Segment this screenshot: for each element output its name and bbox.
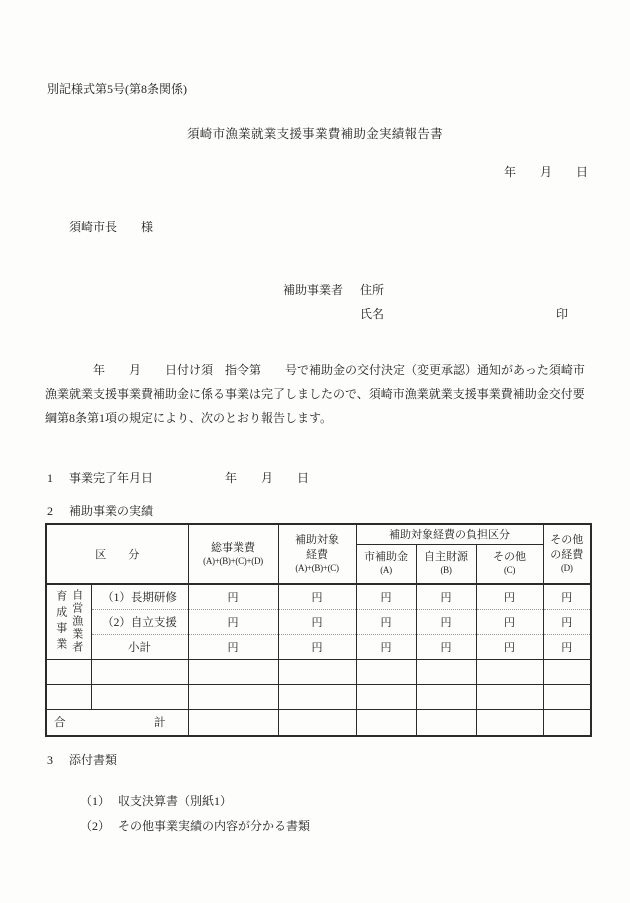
vertical-category-label: 自営漁業者 育成事業 xyxy=(46,584,91,659)
header-category: 区 分 xyxy=(46,524,188,584)
header-other-cost-formula: (D) xyxy=(544,563,591,575)
empty-cell xyxy=(416,659,476,684)
yen-cell: 円 xyxy=(476,634,543,659)
yen-cell: 円 xyxy=(476,609,543,634)
yen-cell: 円 xyxy=(476,584,543,609)
empty-cell xyxy=(543,684,591,709)
yen-cell: 円 xyxy=(356,634,416,659)
yen-cell: 円 xyxy=(278,634,356,659)
yen-cell: 円 xyxy=(416,609,476,634)
empty-cell xyxy=(278,709,356,736)
yen-cell: 円 xyxy=(278,609,356,634)
header-city-subsidy-label: 市補助金 xyxy=(357,550,416,565)
header-subsidy-target: 補助対象 経費 (A)+(B)+(C) xyxy=(278,524,356,584)
paragraph-line: 綱第8条第1項の規定により、次のとおり報告します。 xyxy=(45,406,595,430)
attachment-item: （2）その他事業実績の内容が分かる書類 xyxy=(62,803,310,850)
document-title: 須崎市漁業就業支援事業費補助金実績報告書 xyxy=(0,126,630,142)
yen-cell: 円 xyxy=(188,584,278,609)
yen-cell: 円 xyxy=(356,609,416,634)
empty-cell xyxy=(278,659,356,684)
yen-cell: 円 xyxy=(416,634,476,659)
addressee-line: 須崎市長様 xyxy=(57,204,153,251)
header-subsidy-label-2: 経費 xyxy=(279,548,356,563)
empty-cell xyxy=(476,684,543,709)
attachment-item-text: その他事業実績の内容が分かる書類 xyxy=(118,819,310,833)
empty-cell xyxy=(46,684,91,709)
header-other-burden-formula: (C) xyxy=(477,565,543,577)
empty-cell xyxy=(416,709,476,736)
empty-cell xyxy=(476,709,543,736)
section1-date-blank: 年 月 日 xyxy=(225,471,309,487)
results-table: 区 分 総事業費 (A)+(B)+(C)+(D) 補助対象 経費 (A)+(B)… xyxy=(45,523,592,737)
applicant-label: 補助事業者 xyxy=(283,283,343,299)
form-number: 別記様式第5号(第8条関係) xyxy=(47,82,187,98)
empty-row-label xyxy=(91,684,188,709)
header-other-cost-label-1: その他 xyxy=(544,533,591,548)
header-own-funds-label: 自主財源 xyxy=(417,550,476,565)
vertical-label-program: 育成事業 xyxy=(53,585,69,659)
empty-cell xyxy=(356,684,416,709)
empty-row-label xyxy=(91,659,188,684)
header-own-funds: 自主財源 (B) xyxy=(416,544,476,584)
empty-cell xyxy=(543,709,591,736)
empty-cell xyxy=(188,659,278,684)
grand-total-right-char: 計 xyxy=(154,714,166,730)
yen-cell: 円 xyxy=(543,634,591,659)
yen-cell: 円 xyxy=(188,634,278,659)
header-city-subsidy-formula: (A) xyxy=(357,565,416,577)
header-other-burden: その他 (C) xyxy=(476,544,543,584)
empty-cell xyxy=(188,684,278,709)
section3-number: 3 xyxy=(47,753,53,769)
section1-number: 1 xyxy=(47,471,53,487)
header-other-cost-label-2: の経費 xyxy=(544,548,591,563)
empty-cell xyxy=(356,709,416,736)
header-burden-group: 補助対象経費の負担区分 xyxy=(356,524,543,544)
paragraph-line: 漁業就業支援事業費補助金に係る事業は完了しましたので、須崎市漁業就業支援事業費補… xyxy=(45,382,595,406)
applicant-name-label: 氏名 xyxy=(360,307,384,323)
empty-cell xyxy=(543,659,591,684)
yen-cell: 円 xyxy=(356,584,416,609)
applicant-address-label: 住所 xyxy=(360,283,384,299)
yen-cell: 円 xyxy=(543,609,591,634)
row-label-independence-support: （2）自立支援 xyxy=(91,609,188,634)
yen-cell: 円 xyxy=(416,584,476,609)
row-label-grand-total: 合 計 xyxy=(46,709,188,736)
header-own-funds-formula: (B) xyxy=(417,565,476,577)
empty-cell xyxy=(278,684,356,709)
yen-cell: 円 xyxy=(188,609,278,634)
vertical-label-fisherman: 自営漁業者 xyxy=(69,585,85,659)
header-subsidy-formula: (A)+(B)+(C) xyxy=(279,563,356,575)
empty-cell xyxy=(476,659,543,684)
yen-cell: 円 xyxy=(543,584,591,609)
section1-label: 事業完了年月日 xyxy=(69,471,153,487)
document-page: 別記様式第5号(第8条関係) 須崎市漁業就業支援事業費補助金実績報告書 年 月 … xyxy=(0,0,630,903)
attachment-item-number: （2） xyxy=(80,819,110,833)
grand-total-left-char: 合 xyxy=(54,714,66,730)
header-city-subsidy: 市補助金 (A) xyxy=(356,544,416,584)
header-subsidy-label-1: 補助対象 xyxy=(279,533,356,548)
header-total-cost: 総事業費 (A)+(B)+(C)+(D) xyxy=(188,524,278,584)
yen-cell: 円 xyxy=(278,584,356,609)
header-other-burden-label: その他 xyxy=(477,550,543,565)
paragraph-line: 年 月 日付け須 指令第 号で補助金の交付決定（変更承認）通知があった須崎市 xyxy=(45,358,595,382)
row-label-subtotal: 小計 xyxy=(91,634,188,659)
addressee-name: 須崎市長 xyxy=(69,220,117,234)
row-label-long-term-training: （1）長期研修 xyxy=(91,584,188,609)
date-line: 年 月 日 xyxy=(504,165,588,181)
addressee-honorific: 様 xyxy=(141,220,153,234)
empty-cell xyxy=(416,684,476,709)
seal-mark: 印 xyxy=(556,307,568,323)
section2-label: 補助事業の実績 xyxy=(69,504,153,520)
section3-label: 添付書類 xyxy=(69,753,117,769)
empty-cell xyxy=(46,659,91,684)
header-other-cost: その他 の経費 (D) xyxy=(543,524,591,584)
empty-cell xyxy=(356,659,416,684)
empty-cell xyxy=(188,709,278,736)
header-total-cost-label: 総事業費 xyxy=(189,541,278,556)
section2-number: 2 xyxy=(47,504,53,520)
header-total-cost-formula: (A)+(B)+(C)+(D) xyxy=(189,556,278,568)
